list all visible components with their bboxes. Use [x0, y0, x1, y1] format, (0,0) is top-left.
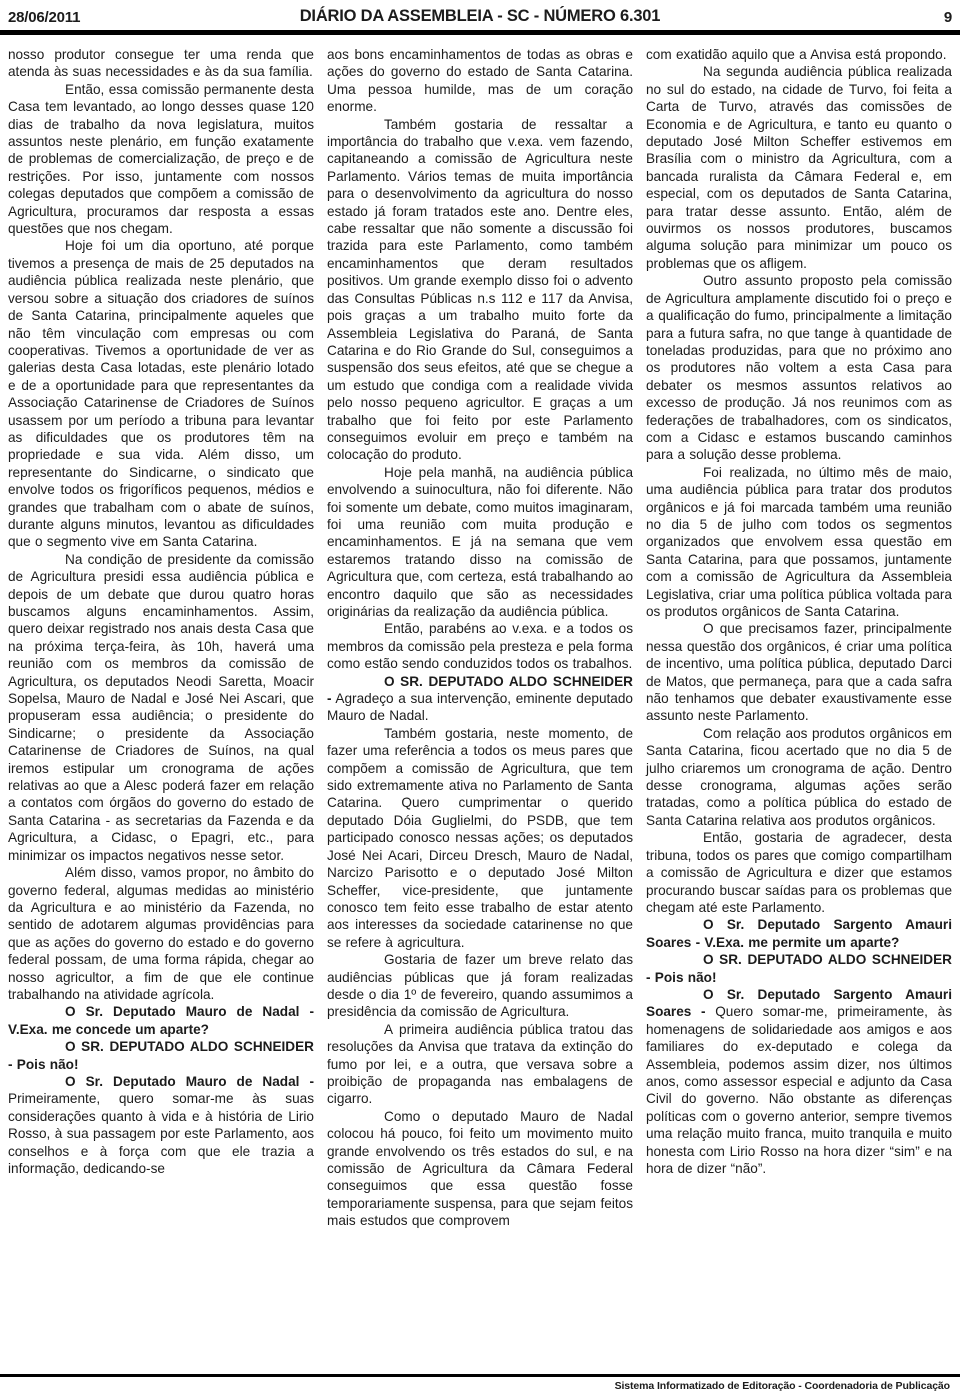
- speaker-name: O Sr. Deputado Sargento Amauri Soares - …: [646, 917, 952, 949]
- column-2: aos bons encaminhamentos de todas as obr…: [327, 46, 633, 1365]
- paragraph: Também gostaria de ressaltar a importânc…: [327, 116, 633, 464]
- speaker-name: O Sr. Deputado Mauro de Nadal - V.Exa. m…: [8, 1004, 314, 1036]
- speaker-name: O Sr. Deputado Mauro de Nadal -: [65, 1074, 314, 1089]
- page-title: DIÁRIO DA ASSEMBLEIA - SC - NÚMERO 6.301: [158, 7, 802, 26]
- column-3: com exatidão aquilo que a Anvisa está pr…: [646, 46, 952, 1365]
- paragraph: Foi realizada, no último mês de maio, um…: [646, 464, 952, 621]
- speaker-name: O SR. DEPUTADO ALDO SCHNEIDER - Pois não…: [8, 1039, 314, 1071]
- text-body: nosso produtor consegue ter uma renda qu…: [0, 35, 960, 1365]
- paragraph: Como o deputado Mauro de Nadal colocou h…: [327, 1108, 633, 1230]
- page-number: 9: [802, 9, 952, 26]
- paragraph: nosso produtor consegue ter uma renda qu…: [8, 46, 314, 81]
- page-header: 28/06/2011 DIÁRIO DA ASSEMBLEIA - SC - N…: [0, 0, 960, 27]
- speech-paragraph: O SR. DEPUTADO ALDO SCHNEIDER - Pois não…: [8, 1038, 314, 1073]
- speech-paragraph: O Sr. Deputado Sargento Amauri Soares - …: [646, 986, 952, 1177]
- paragraph: Na condição de presidente da comissão de…: [8, 551, 314, 864]
- speech-paragraph: O Sr. Deputado Mauro de Nadal - Primeira…: [8, 1073, 314, 1177]
- paragraph: Com relação aos produtos orgânicos em Sa…: [646, 725, 952, 829]
- paragraph: O que precisamos fazer, principalmente n…: [646, 620, 952, 724]
- speech-paragraph: O Sr. Deputado Sargento Amauri Soares - …: [646, 916, 952, 951]
- paragraph: Além disso, vamos propor, no âmbito do g…: [8, 864, 314, 1003]
- paragraph: com exatidão aquilo que a Anvisa está pr…: [646, 46, 952, 63]
- footer-credit: Sistema Informatizado de Editoração - Co…: [0, 1377, 960, 1392]
- gazette-page: 28/06/2011 DIÁRIO DA ASSEMBLEIA - SC - N…: [0, 0, 960, 1398]
- paragraph: Gostaria de fazer um breve relato das au…: [327, 951, 633, 1021]
- speech-paragraph: O SR. DEPUTADO ALDO SCHNEIDER - Pois não…: [646, 951, 952, 986]
- header-date: 28/06/2011: [8, 9, 158, 26]
- speech-paragraph: O SR. DEPUTADO ALDO SCHNEIDER - Agradeço…: [327, 673, 633, 725]
- speaker-name: O SR. DEPUTADO ALDO SCHNEIDER - Pois não…: [646, 952, 952, 984]
- speech-paragraph: O Sr. Deputado Mauro de Nadal - V.Exa. m…: [8, 1003, 314, 1038]
- paragraph: A primeira audiência pública tratou das …: [327, 1021, 633, 1108]
- paragraph: Hoje pela manhã, na audiência pública en…: [327, 464, 633, 621]
- speaker-name: O SR. DEPUTADO ALDO SCHNEIDER -: [327, 674, 633, 706]
- paragraph: Então, gostaria de agradecer, desta trib…: [646, 829, 952, 916]
- paragraph: Hoje foi um dia oportuno, até porque tiv…: [8, 237, 314, 550]
- paragraph: Também gostaria, neste momento, de fazer…: [327, 725, 633, 951]
- paragraph: Na segunda audiência pública realizada n…: [646, 63, 952, 272]
- speaker-name: O Sr. Deputado Sargento Amauri Soares -: [646, 987, 952, 1019]
- page-footer: Sistema Informatizado de Editoração - Co…: [0, 1374, 960, 1398]
- paragraph: Outro assunto proposto pela comissão de …: [646, 272, 952, 463]
- paragraph: aos bons encaminhamentos de todas as obr…: [327, 46, 633, 116]
- column-1: nosso produtor consegue ter uma renda qu…: [8, 46, 314, 1365]
- paragraph: Então, parabéns ao v.exa. e a todos os m…: [327, 620, 633, 672]
- paragraph: Então, essa comissão permanente desta Ca…: [8, 81, 314, 238]
